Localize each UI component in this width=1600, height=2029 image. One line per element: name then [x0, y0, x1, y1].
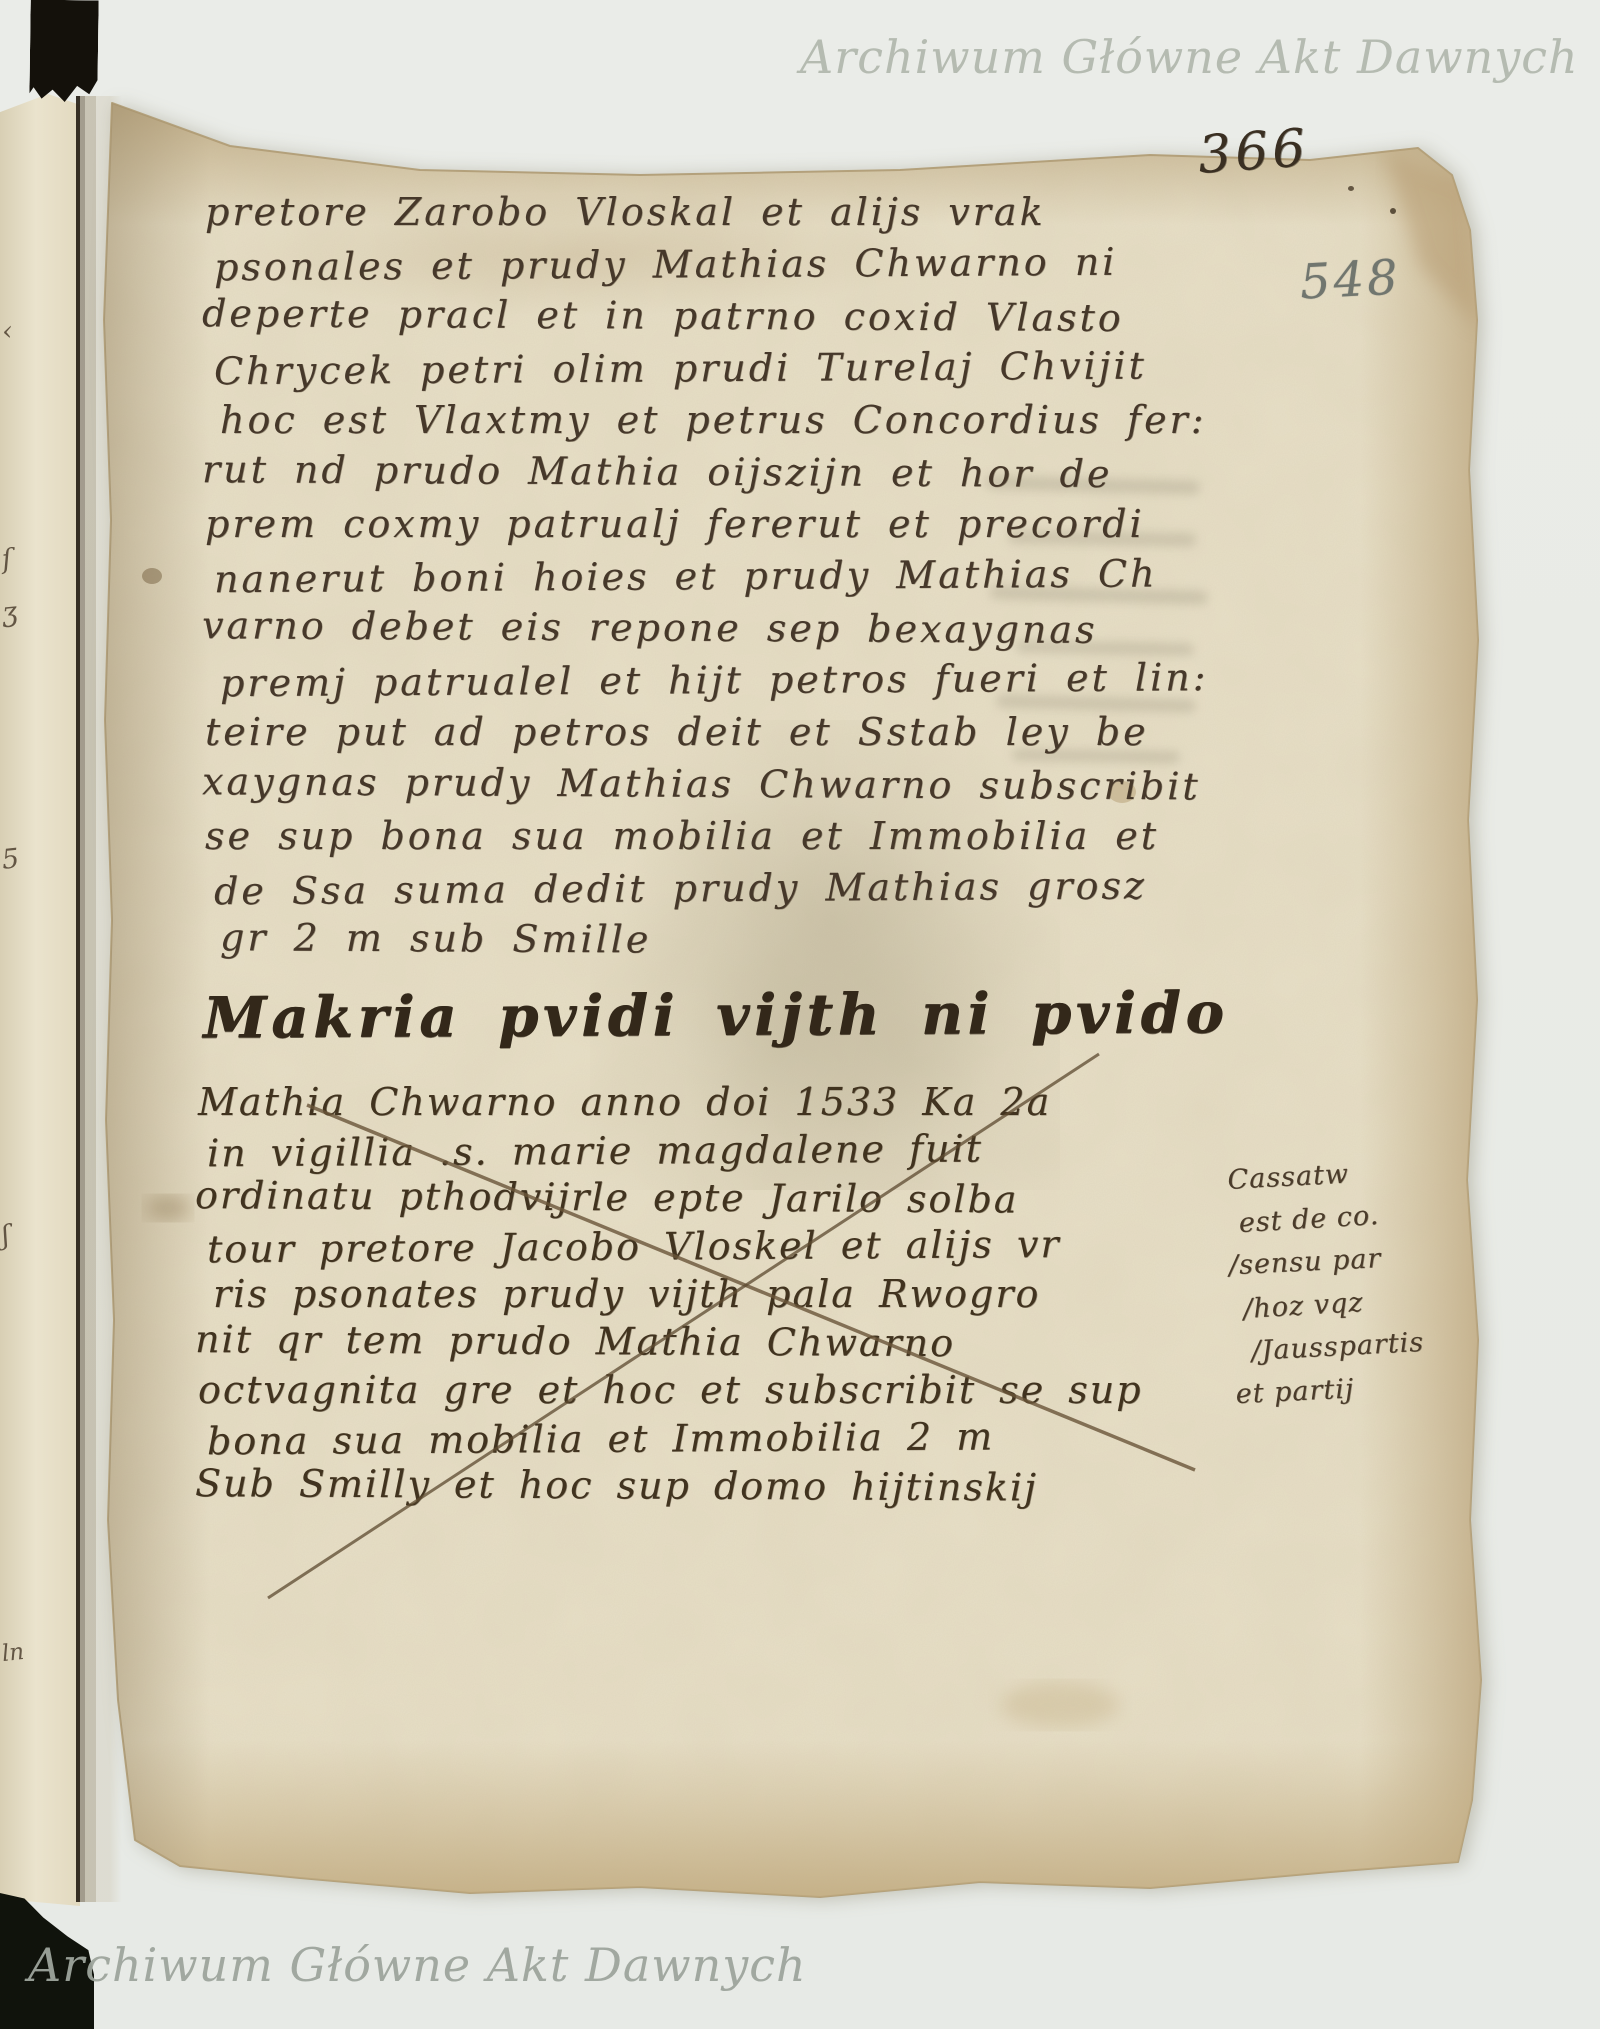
manuscript-line: octvagnita gre et hoc et subscribit se s… [198, 1366, 1288, 1414]
manuscript-line: Chrycek petri olim prudi Turelaj Chvijit [214, 339, 1275, 397]
archive-watermark-bottom: Archiwum Główne Akt Dawnych [28, 1938, 807, 1992]
manuscript-line: hoc est Vlaxtmy et petrus Concordius fer… [220, 394, 1275, 446]
manuscript-line: ris psonates prudy vijth pala Rwogro [213, 1270, 1288, 1318]
manuscript-line: deperte pracl et in patrno coxid Vlasto [202, 287, 1275, 345]
manuscript-line: in vigillia .s. marie magdalene fuit [207, 1123, 1288, 1178]
manuscript-line: gr 2 m sub Smille [220, 911, 1275, 969]
manuscript-line: varno debet eis repone sep bexaygnas [202, 599, 1275, 657]
folio-number-ink: 366 [1196, 118, 1311, 186]
manuscript-line: premj patrualel et hijt petros fueri et … [220, 651, 1275, 709]
paragraph-2: Mathia Chwarno anno doi 1533 Ka 2ain vig… [198, 1078, 1288, 1510]
manuscript-line: ordinatu pthodvijrle epte Jarilo solba [195, 1171, 1288, 1225]
manuscript-line: nit qr tem prudo Mathia Chwarno [195, 1315, 1288, 1369]
manuscript-line: Mathia Chwarno anno doi 1533 Ka 2a [198, 1078, 1288, 1126]
archive-watermark-top: Archiwum Główne Akt Dawnych [800, 30, 1579, 84]
manuscript-line: pretore Zarobo Vloskal et alijs vrak [205, 186, 1275, 238]
manuscript-line: nanerut boni hoies et prudy Mathias Ch [214, 547, 1275, 605]
paragraph-1: pretore Zarobo Vloskal et alijs vrakpson… [205, 186, 1275, 966]
margin-note: Cassatwest de co./sensu par/hoz vqz/Jaus… [1226, 1145, 1499, 1416]
manuscript-line: teire put ad petros deit et Sstab ley be [205, 706, 1275, 758]
manuscript-line: bona sua mobilia et Immobilia 2 m [207, 1411, 1288, 1466]
manuscript-line: prem coxmy patrualj fererut et precordi [205, 498, 1275, 550]
folio-number-pencil: 548 [1299, 249, 1402, 310]
manuscript-line: de Ssa suma dedit prudy Mathias grosz [214, 859, 1275, 917]
manuscript-line: psonales et prudy Mathias Chwarno ni [214, 235, 1275, 293]
manuscript-line: Sub Smilly et hoc sup domo hijtinskij [195, 1459, 1288, 1513]
manuscript-line: rut nd prudo Mathia oijszijn et hor de [202, 443, 1275, 501]
ink-dot [1390, 208, 1396, 214]
manuscript-line: se sup bona sua mobilia et Immobilia et [205, 810, 1275, 862]
manuscript-line: xaygnas prudy Mathias Chwarno subscribit [202, 755, 1275, 813]
manuscript-line: tour pretore Jacobo Vloskel et alijs vr [207, 1219, 1288, 1274]
ink-dot [1348, 186, 1354, 191]
entry-heading: Makria pvidi vijth ni pvido [203, 979, 1229, 1051]
